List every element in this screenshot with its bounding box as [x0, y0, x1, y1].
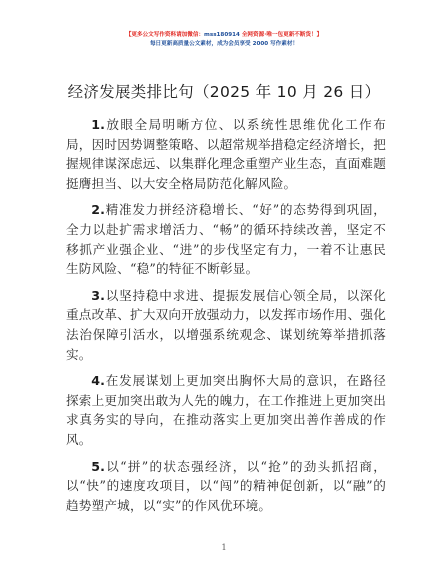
paragraph-number: 3. — [91, 288, 105, 303]
paragraph-4: 4.在发展谋划上更加突出胸怀大局的意识，在路径探索上更加突出敢为人先的魄力，在工… — [66, 371, 386, 449]
promo-banner: 【更多公文写作资料请加微信：mss180914 全网资源·唯一包更新不断货！】 … — [0, 31, 448, 49]
promo-prefix: 【更多公文写作资料请加微信： — [126, 32, 204, 38]
promo-contact: mss180914 — [204, 32, 240, 38]
document-body: 1.放眼全局明晰方位、以系统性思维优化工作布局，因时因势调整策略、以超常规举措稳… — [66, 115, 386, 522]
promo-banner-line-1: 【更多公文写作资料请加微信：mss180914 全网资源·唯一包更新不断货！】 — [0, 31, 448, 40]
paragraph-3: 3.以坚持稳中求进、提振发展信心领全局，以深化重点改革、扩大双向开放强动力，以发… — [66, 286, 386, 364]
page-number: 1 — [0, 543, 448, 552]
promo-banner-line-2: 每日更新高质量公文素材，成为会员享受 2000 写作素材！ — [0, 40, 448, 49]
paragraph-number: 5. — [91, 459, 105, 474]
document-page: 【更多公文写作资料请加微信：mss180914 全网资源·唯一包更新不断货！】 … — [0, 0, 448, 580]
paragraph-text: 放眼全局明晰方位、以系统性思维优化工作布局，因时因势调整策略、以超常规举措稳定经… — [66, 117, 386, 191]
paragraph-text: 以坚持稳中求进、提振发展信心领全局，以深化重点改革、扩大双向开放强动力，以发挥市… — [66, 288, 386, 362]
paragraph-number: 2. — [91, 202, 105, 217]
paragraph-1: 1.放眼全局明晰方位、以系统性思维优化工作布局，因时因势调整策略、以超常规举措稳… — [66, 115, 386, 193]
paragraph-2: 2.精准发力拼经济稳增长、“好”的态势得到巩固，全力以赴扩需求增活力、“畅”的循… — [66, 200, 386, 278]
paragraph-text: 在发展谋划上更加突出胸怀大局的意识，在路径探索上更加突出敢为人先的魄力，在工作推… — [66, 373, 386, 447]
paragraph-5: 5.以“拼”的状态强经济，以“抢”的劲头抓招商，以“快”的速度攻项目，以“闯”的… — [66, 457, 386, 516]
paragraph-number: 4. — [91, 373, 105, 388]
document-title: 经济发展类排比句（2025 年 10 月 26 日） — [0, 82, 448, 102]
paragraph-text: 以“拼”的状态强经济，以“抢”的劲头抓招商，以“快”的速度攻项目，以“闯”的精神… — [66, 459, 386, 513]
paragraph-text: 精准发力拼经济稳增长、“好”的态势得到巩固，全力以赴扩需求增活力、“畅”的循环持… — [66, 202, 386, 276]
paragraph-number: 1. — [91, 117, 105, 132]
promo-suffix: 全网资源·唯一包更新不断货！】 — [240, 32, 322, 38]
